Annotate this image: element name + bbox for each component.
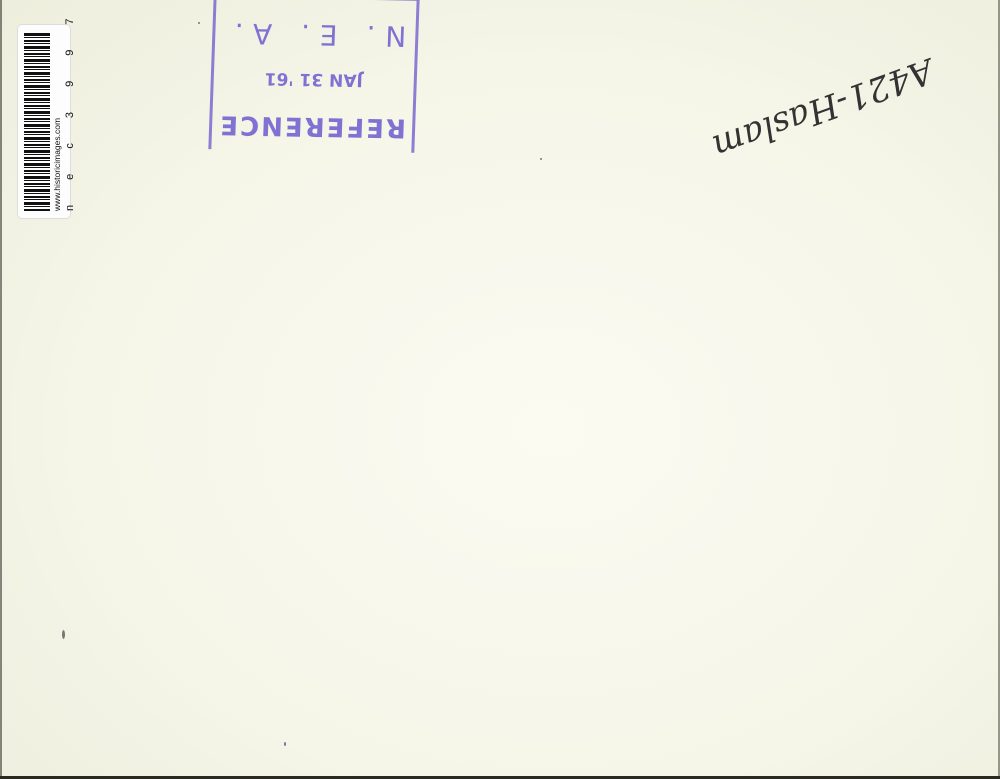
barcode-website: www.historicimages.com bbox=[52, 33, 62, 211]
speck bbox=[284, 742, 286, 746]
barcode-label: n e c 3 9 9 7 7 www.historicimages.com bbox=[17, 24, 71, 219]
speck bbox=[62, 630, 65, 639]
stamp-agency: N. E. A. bbox=[215, 16, 416, 52]
barcode-icon bbox=[24, 33, 50, 211]
barcode-digits: n e c 3 9 9 7 7 bbox=[64, 33, 76, 211]
paper-edge-left bbox=[0, 0, 2, 779]
reference-stamp: REFERENCE JAN 31 '61 N. E. A. bbox=[208, 0, 419, 153]
speck bbox=[540, 158, 542, 160]
handwritten-note: A421-Haslam bbox=[671, 50, 938, 180]
photo-back-paper: n e c 3 9 9 7 7 www.historicimages.com R… bbox=[0, 0, 1000, 779]
stamp-date: JAN 31 '61 bbox=[213, 67, 414, 90]
stamp-reference: REFERENCE bbox=[212, 109, 413, 142]
speck bbox=[198, 22, 200, 24]
